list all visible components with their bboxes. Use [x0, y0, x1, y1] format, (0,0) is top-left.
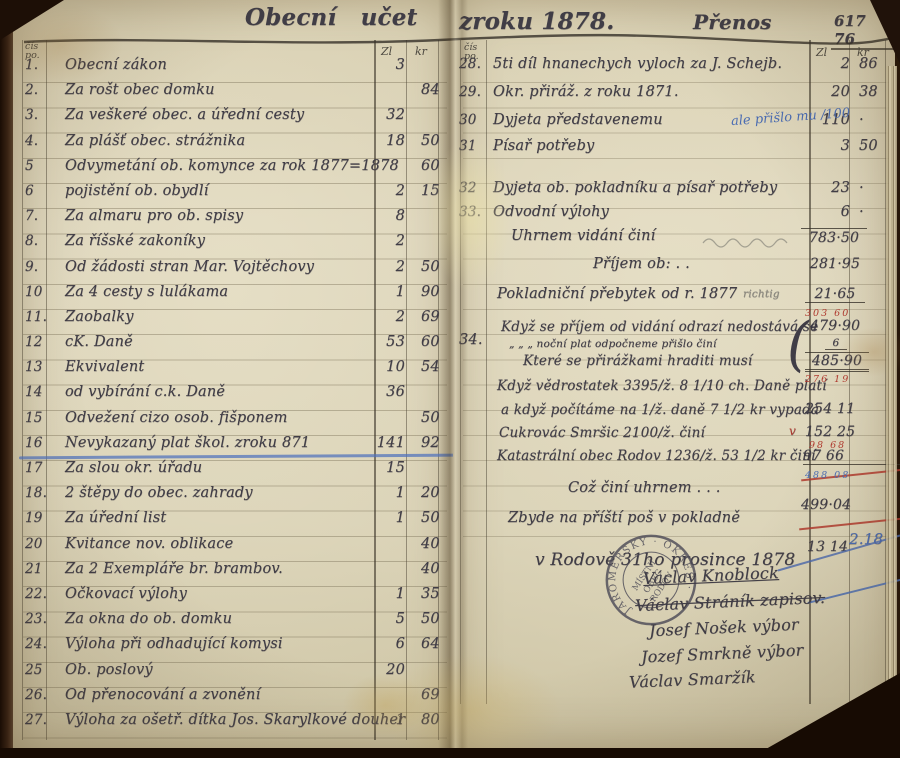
row-number: 12: [25, 334, 51, 350]
row-description: Výloha za ošetř. dítka Jos. Skarylkové d…: [65, 712, 405, 728]
deficit-line-3: Které se přirážkami hraditi musí: [523, 353, 752, 369]
row-zl-value: 2: [808, 56, 850, 72]
pencil-scribble: [701, 234, 801, 248]
ledger-row: 23. Za okna do ob. domku 5 50: [23, 611, 451, 636]
row-description: pojistění ob. obydlí: [65, 183, 209, 199]
row-kr-value: 86: [859, 56, 889, 72]
ledger-row: 14 od vybírání c.k. Daně 36: [23, 384, 451, 409]
row-description: Od přenocování a zvonění: [65, 687, 260, 703]
deficit-line-2: „ „ „ noční plat odpočneme přišlo činí: [509, 338, 717, 350]
row-description: Od žádosti stran Mar. Vojtěchovy: [65, 259, 314, 275]
row-description: Očkovací výlohy: [65, 586, 187, 602]
row-description: Za 4 cesty s lulákama: [65, 284, 228, 300]
row-zl-value: 1: [367, 712, 405, 728]
deficit-value-3: 485·90: [805, 352, 869, 372]
row-zl-value: 36: [367, 384, 405, 400]
income-value: 281·95: [803, 256, 867, 272]
ledger-row: 25 Ob. poslový 20: [23, 662, 451, 687]
row-zl-value: 6: [367, 636, 405, 652]
row-number: 25: [25, 662, 51, 678]
row-description: Kvitance nov. oblikace: [65, 536, 233, 552]
row-number: 24.: [25, 636, 51, 652]
row-description: Odvymetání ob. komynce za rok 1877=1878: [65, 158, 399, 174]
row-number: 2.: [25, 82, 51, 98]
row-zl-value: 53: [367, 334, 405, 350]
row-zl-value: 1: [367, 586, 405, 602]
row-description: Výloha při odhadující komysi: [65, 636, 283, 652]
row-zl-value: 20: [808, 84, 850, 100]
surplus-label: Pokladniční přebytek od r. 1877: [497, 286, 737, 302]
row-zl-value: 23: [808, 180, 850, 196]
row-zl-value: 20: [367, 662, 405, 678]
ledger-row: 6 pojistění ob. obydlí 2 15: [23, 183, 451, 208]
ledger-row: 28. 5ti díl hnanechych vyloch za J. Sche…: [459, 56, 893, 80]
ledger-row: 32 Dyjeta ob. pokladníku a písař potřeby…: [459, 180, 893, 204]
row-description: Za almaru pro ob. spisy: [65, 208, 243, 224]
row-number: 17: [25, 460, 51, 476]
row-number: 3.: [25, 107, 51, 123]
row-description: Dyjeta ob. pokladníku a písař potřeby: [493, 180, 777, 196]
ledger-row: 15 Odvežení cizo osob. fišponem 50: [23, 410, 451, 435]
row-description: cK. Daně: [65, 334, 133, 350]
row-zl-value: 1: [367, 284, 405, 300]
ledger-row: 1. Obecní zákon 3: [23, 57, 451, 82]
tax-line-2-value: 254 11: [805, 401, 855, 417]
row-description: Zaobalky: [65, 309, 134, 325]
row-kr-value: 38: [859, 84, 889, 100]
page-right: zroku 1878. Přenos 617 76 číspo. Zl kr 2…: [453, 0, 895, 748]
row-zl-value: 1: [367, 485, 405, 501]
tax-line-2: a když počítáme na 1/ž. daně 7 1/2 kr vy…: [501, 402, 819, 418]
row-description: Za úřední list: [65, 510, 166, 526]
ledger-row: 27. Výloha za ošetř. dítka Jos. Skarylko…: [23, 712, 451, 737]
ledger-row: 10 Za 4 cesty s lulákama 1 90: [23, 284, 451, 309]
surplus-value: 21·65: [805, 286, 865, 303]
row-number: 20: [25, 536, 51, 552]
ledger-row: 16 Nevykazaný plat škol. zroku 871 141 9…: [23, 435, 451, 460]
row-description: 2 štěpy do obec. zahrady: [65, 485, 253, 501]
row-number: 9.: [25, 259, 51, 275]
ledger-row: 18. 2 štěpy do obec. zahrady 1 20: [23, 485, 451, 510]
tax-line-1: Když vědrostatek 3395/ž. 8 1/10 ch. Daně…: [497, 378, 827, 394]
row-number: 14: [25, 384, 51, 400]
row-zl-value: 32: [367, 107, 405, 123]
row-number: 16: [25, 435, 51, 451]
tax-line-3: Cukrovác Smršic 2100/ž. činí: [499, 425, 705, 441]
row-description: Za okna do ob. domku: [65, 611, 232, 627]
row-description: Za říšské zakoníky: [65, 233, 205, 249]
row-description: Za rošt obec domku: [65, 82, 215, 98]
tax-line-3-value: 152 25: [805, 424, 855, 440]
row-description: Za 2 Exempláře br. brambov.: [65, 561, 283, 577]
row-description: Za veškeré obec. a úřední cesty: [65, 107, 304, 123]
ledger-row: 3. Za veškeré obec. a úřední cesty 32: [23, 107, 451, 132]
row-zl-value: 2: [367, 233, 405, 249]
row-description: Odvodní výlohy: [493, 204, 609, 220]
deficit-line-1: Když se příjem od vidání odrazí nedostáv…: [501, 319, 818, 335]
row-zl-value: 18: [367, 133, 405, 149]
ledger-row: 9. Od žádosti stran Mar. Vojtěchovy 2 50: [23, 259, 451, 284]
book-fold: [438, 0, 468, 758]
ledger-row: 21 Za 2 Exempláře br. brambov. 40: [23, 561, 451, 586]
ledger-book-photo: Obecní učet číspo. Zl kr 1. Obecní zákon…: [0, 0, 900, 758]
ledger-row: 31 Písař potřeby 3 50: [459, 138, 893, 162]
row-number: 19: [25, 510, 51, 526]
row-number: 8.: [25, 233, 51, 249]
row-number: 15: [25, 410, 51, 426]
row-description: Okr. přiráž. z roku 1871.: [493, 84, 679, 100]
deficit-value-2: 6: [825, 337, 847, 350]
signature: Václav Smaržík: [629, 667, 756, 692]
ledger-row: 17 Za slou okr. úřadu 15: [23, 460, 451, 485]
row-description: Ekvivalent: [65, 359, 144, 375]
row-zl-value: 15: [367, 460, 405, 476]
row-zl-value: 6: [808, 204, 850, 220]
row-number: 22.: [25, 586, 51, 602]
total-expenses-label: Uhrnem vidání činí: [511, 228, 655, 244]
row-zl-value: 2: [367, 309, 405, 325]
row-zl-value: 8: [367, 208, 405, 224]
ledger-row: 20 Kvitance nov. oblikace 40: [23, 536, 451, 561]
row-description: Nevykazaný plat škol. zroku 871: [65, 435, 310, 451]
income-label: Příjem ob: . .: [593, 256, 690, 272]
row-zl-value: 3: [808, 138, 850, 154]
row-description: Ob. poslový: [65, 662, 153, 678]
ledger-row: 5 Odvymetání ob. komynce za rok 1877=187…: [23, 158, 451, 183]
row-zl-value: 141: [367, 435, 405, 451]
ledger-row: 4. Za plášť obec. strážnika 18 50: [23, 133, 451, 158]
prenos-label: Přenos: [693, 10, 772, 34]
ledger-row: 13 Ekvivalent 10 54: [23, 359, 451, 384]
page-title-left: Obecní učet: [245, 4, 417, 31]
row-number: 11.: [25, 309, 51, 325]
ledger-row: 29. Okr. přiráž. z roku 1871. 20 38: [459, 84, 893, 108]
row-number: 6: [25, 183, 51, 199]
row-description: 5ti díl hnanechych vyloch za J. Schejb.: [493, 56, 782, 72]
book-cover-edge: [0, 748, 900, 758]
grand-total-label: Což činí uhrnem . . .: [568, 480, 721, 496]
ledger-row: 12 cK. Daně 53 60: [23, 334, 451, 359]
ledger-row: 24. Výloha při odhadující komysi 6 64: [23, 636, 451, 661]
row-number: 5: [25, 158, 51, 174]
page-title-right: zroku 1878.: [459, 8, 614, 35]
ledger-row: 22. Očkovací výlohy 1 35: [23, 586, 451, 611]
row-zl-value: 2: [367, 183, 405, 199]
row-number: 27.: [25, 712, 51, 728]
ledger-row: 11. Zaobalky 2 69: [23, 309, 451, 334]
row-kr-value: ·: [859, 112, 889, 128]
row-number: 7.: [25, 208, 51, 224]
ledger-row: 33. Odvodní výlohy 6 ·: [459, 204, 893, 228]
row-kr-value: 50: [859, 138, 889, 154]
row-zl-value: 1: [367, 510, 405, 526]
row-number: 1.: [25, 57, 51, 73]
ledger-row: 7. Za almaru pro ob. spisy 8: [23, 208, 451, 233]
row-description: od vybírání c.k. Daně: [65, 384, 225, 400]
row-number: 13: [25, 359, 51, 375]
page-left: Obecní učet číspo. Zl kr 1. Obecní zákon…: [13, 0, 453, 750]
ledger-row: 26. Od přenocování a zvonění 69: [23, 687, 451, 712]
row-number: 21: [25, 561, 51, 577]
page-edge-stack: [886, 66, 897, 714]
row-number: 23.: [25, 611, 51, 627]
tax-line-4: Katastrální obec Rodov 1236/ž. 53 1/2 kr…: [497, 448, 816, 464]
total-expenses-value: 783·50: [801, 228, 867, 246]
row-number: 4.: [25, 133, 51, 149]
row-description: Odvežení cizo osob. fišponem: [65, 410, 288, 426]
row-number: 18.: [25, 485, 51, 501]
ledger-row: 19 Za úřední list 1 50: [23, 510, 451, 535]
row-description: Dyjeta představenemu: [493, 112, 663, 128]
pencil-note-richtig: richtig: [743, 288, 780, 300]
red-checkmark: v: [789, 424, 796, 438]
row-kr-value: ·: [859, 204, 889, 220]
row-zl-value: 10: [367, 359, 405, 375]
deficit-value-1: 479·90: [810, 318, 860, 334]
row-zl-value: 5: [367, 611, 405, 627]
tax-line-1-red-value: 276 19: [805, 374, 850, 385]
row-kr-value: ·: [859, 180, 889, 196]
row-description: Obecní zákon: [65, 57, 167, 73]
row-zl-value: 2: [367, 259, 405, 275]
left-rows: 1. Obecní zákon 3 2. Za rošt obec domku …: [23, 57, 451, 737]
row-description: Za plášť obec. strážnika: [65, 133, 245, 149]
ledger-row: 2. Za rošt obec domku 84: [23, 82, 451, 107]
row-number: 10: [25, 284, 51, 300]
blue-corrected-total: 488 08: [805, 470, 850, 481]
book-cover-edge: [0, 0, 13, 758]
ledger-row: 8. Za říšské zakoníky 2: [23, 233, 451, 258]
row-number: 26.: [25, 687, 51, 703]
remainder-label: Zbyde na příští poš v pokladně: [508, 510, 740, 526]
row-zl-value: 3: [367, 57, 405, 73]
row-description: Za slou okr. úřadu: [65, 460, 202, 476]
row-description: Písař potřeby: [493, 138, 594, 154]
